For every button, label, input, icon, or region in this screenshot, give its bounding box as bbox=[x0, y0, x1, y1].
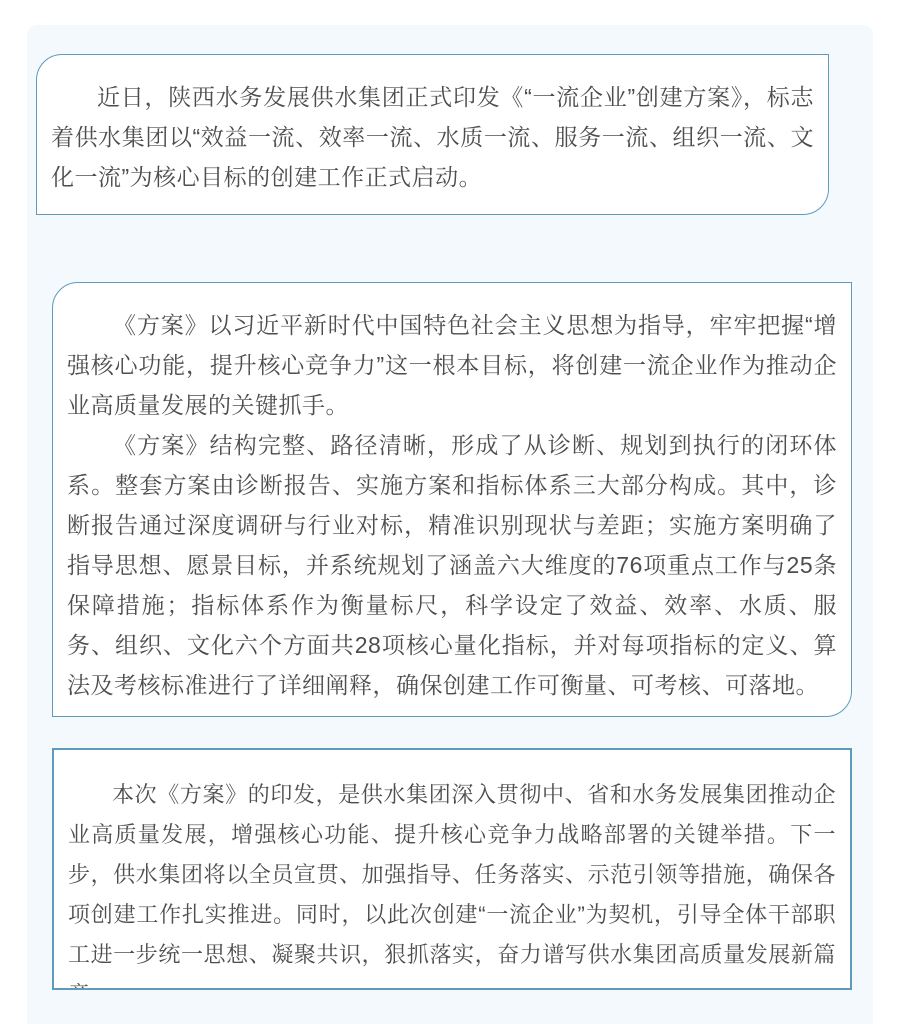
conclusion-card: 本次《方案》的印发，是供水集团深入贯彻中、省和水务发展集团推动企业高质量发展，增… bbox=[52, 748, 852, 990]
intro-paragraph: 近日，陕西水务发展供水集团正式印发《“一流企业”创建方案》，标志着供水集团以“效… bbox=[51, 77, 814, 197]
article-page: 近日，陕西水务发展供水集团正式印发《“一流企业”创建方案》，标志着供水集团以“效… bbox=[0, 0, 900, 1024]
plan-structure-paragraph: 《方案》结构完整、路径清晰，形成了从诊断、规划到执行的闭环体系。整套方案由诊断报… bbox=[67, 425, 837, 705]
content-panel: 近日，陕西水务发展供水集团正式印发《“一流企业”创建方案》，标志着供水集团以“效… bbox=[27, 25, 873, 1024]
guiding-principle-paragraph: 《方案》以习近平新时代中国特色社会主义思想为指导，牢牢把握“增强核心功能，提升核… bbox=[67, 305, 837, 425]
intro-card: 近日，陕西水务发展供水集团正式印发《“一流企业”创建方案》，标志着供水集团以“效… bbox=[36, 54, 829, 215]
plan-details-card: 《方案》以习近平新时代中国特色社会主义思想为指导，牢牢把握“增强核心功能，提升核… bbox=[52, 282, 852, 717]
conclusion-paragraph: 本次《方案》的印发，是供水集团深入贯彻中、省和水务发展集团推动企业高质量发展，增… bbox=[68, 775, 836, 990]
